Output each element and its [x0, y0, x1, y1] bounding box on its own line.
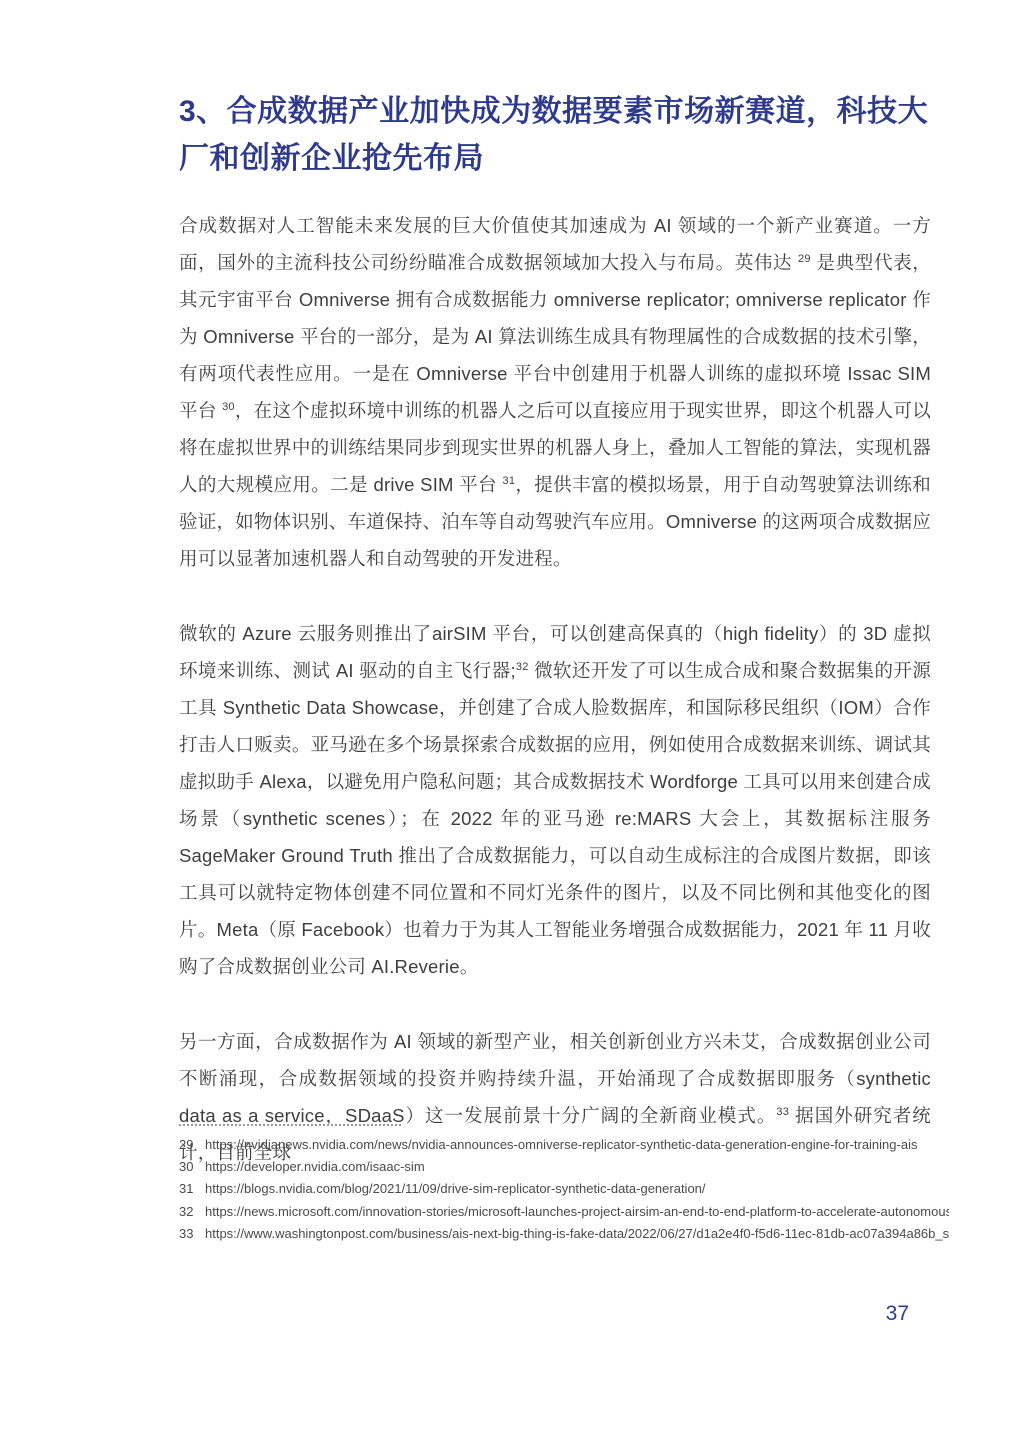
footnote-row: 33https://www.washingtonpost.com/busines…	[179, 1223, 949, 1245]
footnote-row: 30https://developer.nvidia.com/isaac-sim	[179, 1156, 949, 1178]
section-heading: 3、合成数据产业加快成为数据要素市场新赛道，科技大厂和创新企业抢先布局	[179, 88, 931, 182]
footnote-ref: 32	[516, 661, 529, 673]
footnote-ref: 33	[776, 1106, 789, 1118]
footnote-number: 29	[179, 1134, 205, 1156]
footnote-number: 30	[179, 1156, 205, 1178]
footnote-row: 29https://nvidianews.nvidia.com/news/nvi…	[179, 1134, 949, 1156]
body-paragraph: 微软的 Azure 云服务则推出了airSIM 平台，可以创建高保真的（high…	[179, 615, 931, 985]
footnote-separator	[179, 1124, 401, 1126]
footnote-ref: 29	[798, 253, 811, 265]
footnotes: 29https://nvidianews.nvidia.com/news/nvi…	[179, 1124, 949, 1245]
footnote-url: https://developer.nvidia.com/isaac-sim	[205, 1159, 425, 1174]
page-content: 3、合成数据产业加快成为数据要素市场新赛道，科技大厂和创新企业抢先布局 合成数据…	[179, 0, 931, 1209]
footnote-url: https://nvidianews.nvidia.com/news/nvidi…	[205, 1137, 917, 1152]
document-page: { "colors": { "accent_blue": "#2d3a8c", …	[0, 0, 1029, 1440]
footnote-url: https://www.washingtonpost.com/business/…	[205, 1226, 949, 1241]
footnote-list: 29https://nvidianews.nvidia.com/news/nvi…	[179, 1134, 949, 1245]
footnote-ref: 30	[222, 401, 235, 413]
footnote-number: 31	[179, 1178, 205, 1200]
footnote-number: 32	[179, 1201, 205, 1223]
footnote-ref: 31	[503, 475, 516, 487]
footnote-number: 33	[179, 1223, 205, 1245]
page-number: 37	[886, 1302, 909, 1326]
body-paragraph: 合成数据对人工智能未来发展的巨大价值使其加速成为 AI 领域的一个新产业赛道。一…	[179, 207, 931, 577]
footnote-row: 31https://blogs.nvidia.com/blog/2021/11/…	[179, 1178, 949, 1200]
footnote-url: https://blogs.nvidia.com/blog/2021/11/09…	[205, 1181, 706, 1196]
footnote-row: 32https://news.microsoft.com/innovation-…	[179, 1201, 949, 1223]
footnote-url: https://news.microsoft.com/innovation-st…	[205, 1204, 949, 1219]
body-paragraphs: 合成数据对人工智能未来发展的巨大价值使其加速成为 AI 领域的一个新产业赛道。一…	[179, 207, 931, 1171]
